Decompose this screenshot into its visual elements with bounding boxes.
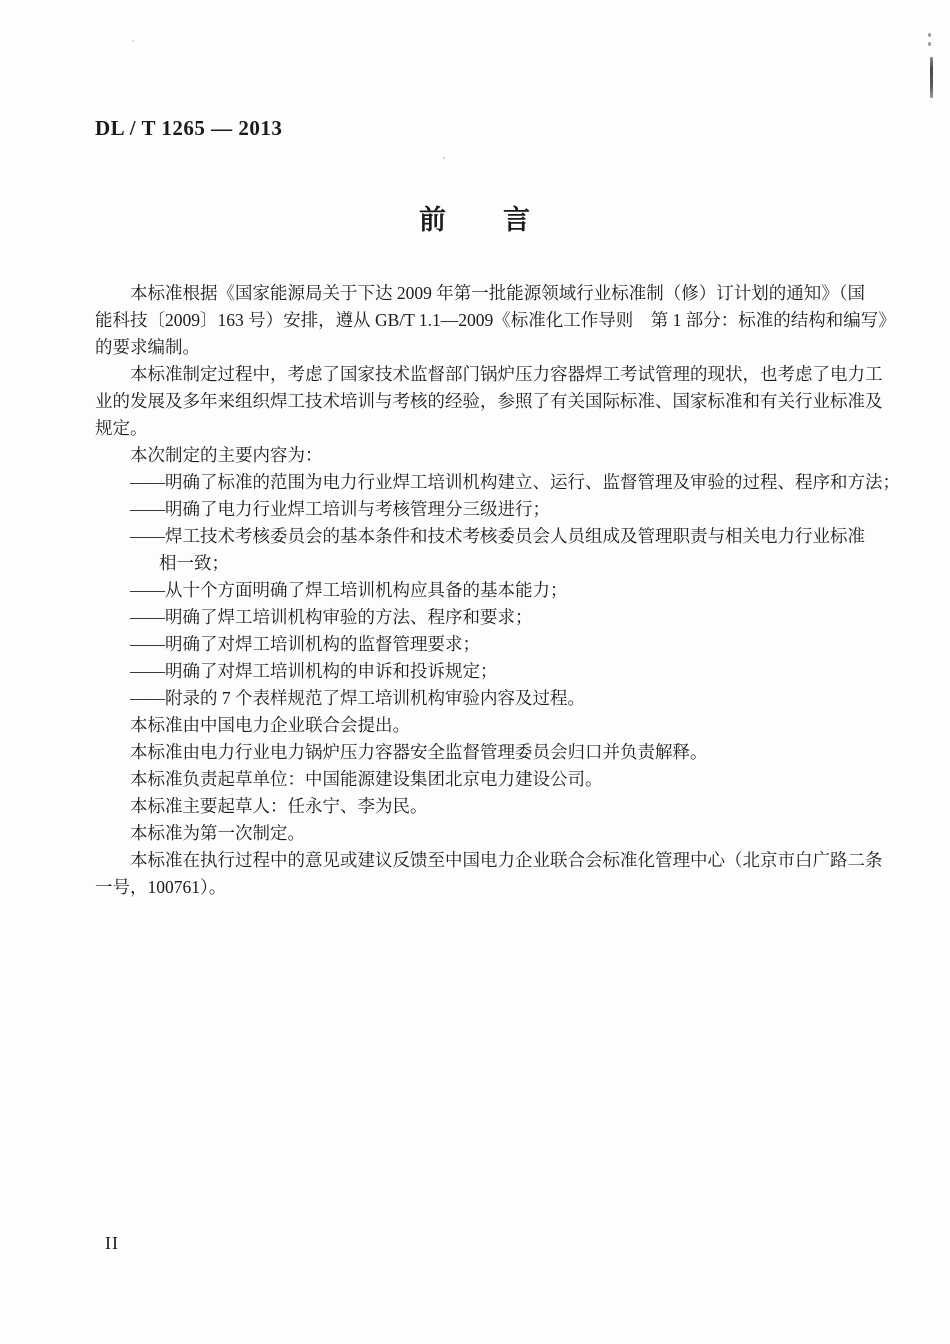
scanned-document-page: DL / T 1265 — 2013 前 言 本标准根据《国家能源局关于下达 2… [0, 0, 950, 1344]
text-line: 本标准为第一次制定。 [95, 820, 885, 847]
text-line: 能科技〔2009〕163 号）安排，遵从 GB/T 1.1—2009《标准化工作… [95, 307, 885, 334]
standard-number: DL / T 1265 — 2013 [95, 116, 282, 141]
text-line: 一号，100761）。 [95, 874, 885, 901]
text-line: ——明确了对焊工培训机构的申诉和投诉规定； [95, 658, 885, 685]
text-line: ——明确了对焊工培训机构的监督管理要求； [95, 631, 885, 658]
page-number: II [105, 1233, 119, 1254]
text-line: 本标准主要起草人：任永宁、李为民。 [95, 793, 885, 820]
text-line: 本标准由电力行业电力锅炉压力容器安全监督管理委员会归口并负责解释。 [95, 739, 885, 766]
text-line: 相一致； [95, 550, 885, 577]
text-line: 本标准负责起草单位：中国能源建设集团北京电力建设公司。 [95, 766, 885, 793]
document-body: 本标准根据《国家能源局关于下达 2009 年第一批能源领域行业标准制（修）订计划… [95, 280, 885, 901]
scan-speck [443, 157, 445, 159]
text-line: 本标准制定过程中，考虑了国家技术监督部门锅炉压力容器焊工考试管理的现状，也考虑了… [95, 361, 885, 388]
page-title: 前 言 [0, 198, 950, 237]
text-line: ——焊工技术考核委员会的基本条件和技术考核委员会人员组成及管理职责与相关电力行业… [95, 523, 885, 550]
text-line: ——附录的 7 个表样规范了焊工培训机构审验内容及过程。 [95, 685, 885, 712]
text-line: 规定。 [95, 415, 885, 442]
scan-speck [928, 33, 931, 37]
text-line: ——明确了标准的范围为电力行业焊工培训机构建立、运行、监督管理及审验的过程、程序… [95, 469, 885, 496]
text-line: ——从十个方面明确了焊工培训机构应具备的基本能力； [95, 577, 885, 604]
text-line: ——明确了电力行业焊工培训与考核管理分三级进行； [95, 496, 885, 523]
scan-artifact-line [930, 57, 933, 98]
text-line: 本标准根据《国家能源局关于下达 2009 年第一批能源领域行业标准制（修）订计划… [95, 280, 885, 307]
scan-speck [132, 40, 134, 42]
text-line: 业的发展及多年来组织焊工技术培训与考核的经验，参照了有关国际标准、国家标准和有关… [95, 388, 885, 415]
text-line: ——明确了焊工培训机构审验的方法、程序和要求； [95, 604, 885, 631]
scan-speck [928, 42, 931, 46]
text-line: 的要求编制。 [95, 334, 885, 361]
text-line: 本标准在执行过程中的意见或建议反馈至中国电力企业联合会标准化管理中心（北京市白广… [95, 847, 885, 874]
text-line: 本标准由中国电力企业联合会提出。 [95, 712, 885, 739]
text-line: 本次制定的主要内容为： [95, 442, 885, 469]
